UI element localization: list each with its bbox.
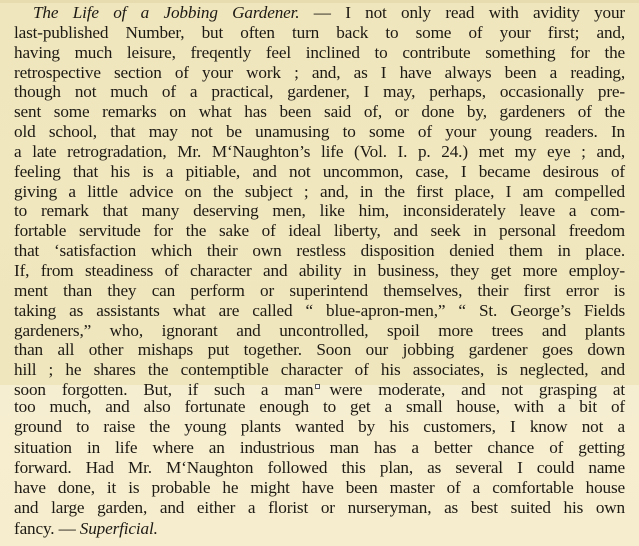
text-line: having much leisure, freqently feel incl…	[14, 43, 625, 63]
text-line: than all other mishaps put together. Soo…	[14, 340, 625, 360]
signature-dash: —	[54, 519, 79, 538]
author-signature: Superficial.	[80, 519, 158, 538]
text-line: giving a little advice on the subject ; …	[14, 182, 625, 202]
text-line: too much, and also fortunate enough to g…	[14, 397, 625, 417]
text-line: ment than they can perform or superinten…	[14, 281, 625, 301]
text-line: feeling that his is a pitiable, and not …	[14, 162, 625, 182]
text-line-content: fancy.	[14, 519, 54, 538]
text-line: ground to raise the young plants wanted …	[14, 417, 625, 437]
article-text-top: The Life of a Jobbing Gardener. — I not …	[14, 3, 625, 400]
text-line: to remark that many deserving men, like …	[14, 201, 625, 221]
text-line: forward. Had Mr. M‘Naughton followed thi…	[14, 458, 625, 478]
text-line-title: The Life of a Jobbing Gardener. — I not …	[14, 3, 625, 23]
text-line: hill ; he shares the contemptible charac…	[14, 360, 625, 380]
text-line: taking as assistants what are called “ b…	[14, 301, 625, 321]
selection-handle-marker[interactable]	[315, 384, 320, 389]
text-line: a late retrogradation, Mr. M‘Naughton’s …	[14, 142, 625, 162]
section-title: The Life of a Jobbing Gardener.	[33, 3, 299, 22]
text-line: fortable servitude for the sake of ideal…	[14, 221, 625, 241]
title-dash: —	[299, 3, 345, 22]
text-line: and large garden, and either a florist o…	[14, 498, 625, 518]
text-line: situation in life where an industrious m…	[14, 438, 625, 458]
text-line: If, from steadiness of character and abi…	[14, 261, 625, 281]
text-line-signature: fancy. — Superficial.	[14, 519, 625, 539]
article-text-bottom: too much, and also fortunate enough to g…	[14, 397, 625, 539]
text-line: last-published Number, but often turn ba…	[14, 23, 625, 43]
text-line: though not much of a practical, gardener…	[14, 82, 625, 102]
text-line-content: I not only read with avidity your	[345, 3, 625, 22]
text-line: sent some remarks on what has been said …	[14, 102, 625, 122]
text-line: retrospective section of your work ; and…	[14, 63, 625, 83]
text-line: gardeners,” who, ignorant and uncontroll…	[14, 321, 625, 341]
text-line: that ‘satisfaction which their own restl…	[14, 241, 625, 261]
text-line: have done, it is probable he might have …	[14, 478, 625, 498]
text-line: old school, that may not be unamusing to…	[14, 122, 625, 142]
